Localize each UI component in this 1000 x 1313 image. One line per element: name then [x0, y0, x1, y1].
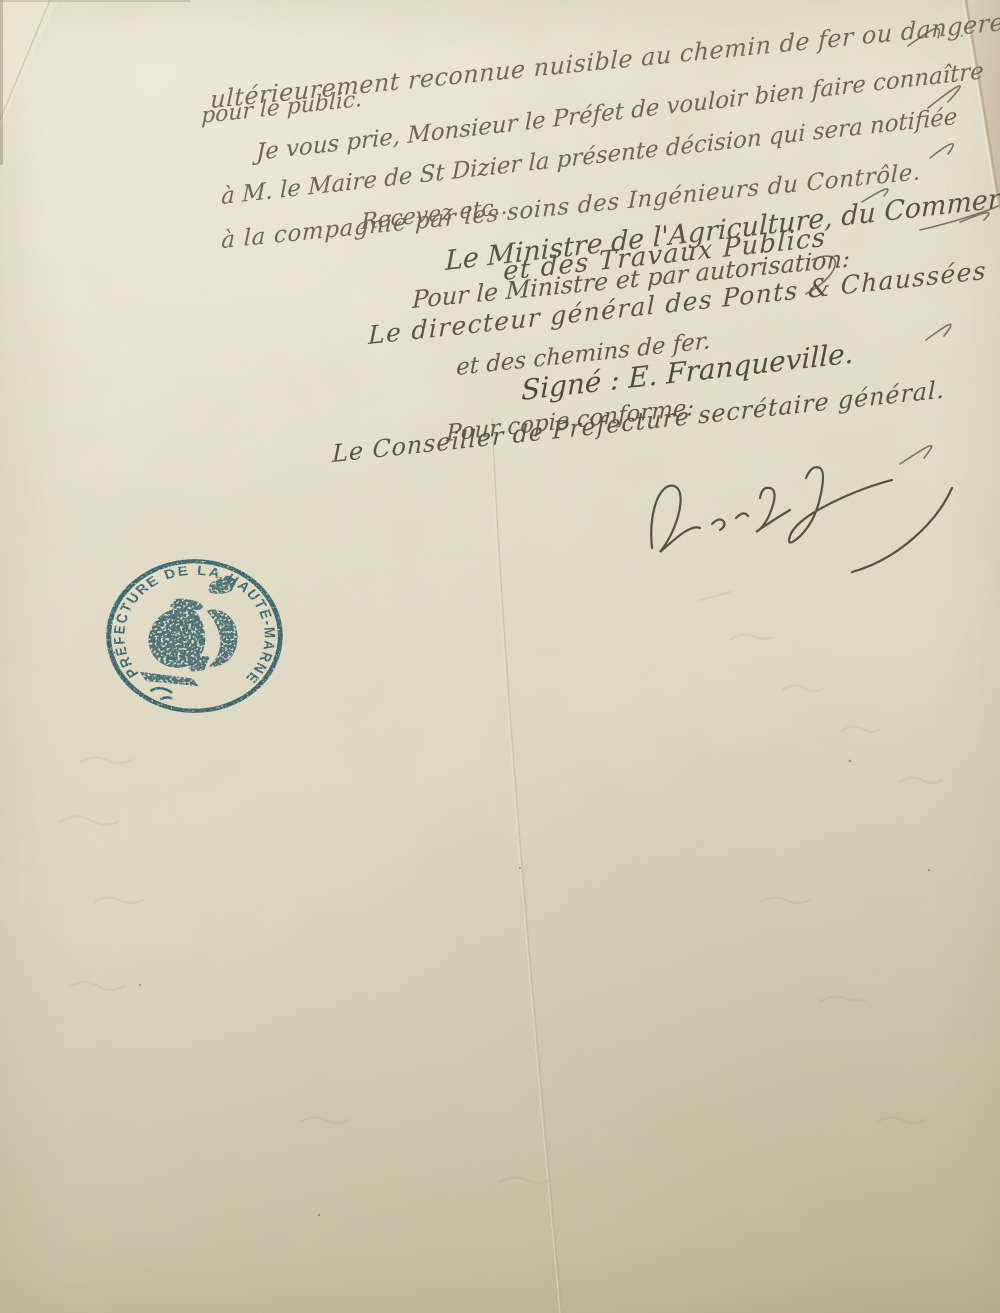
document-photo: ultérieurement reconnue nuisible au chem… — [0, 0, 1000, 1313]
eagle-icon — [140, 576, 238, 687]
prefecture-stamp: PRÉFECTURE DE LA HAUTE-MARNE — [97, 551, 292, 721]
star-ornament-icon — [152, 688, 172, 699]
